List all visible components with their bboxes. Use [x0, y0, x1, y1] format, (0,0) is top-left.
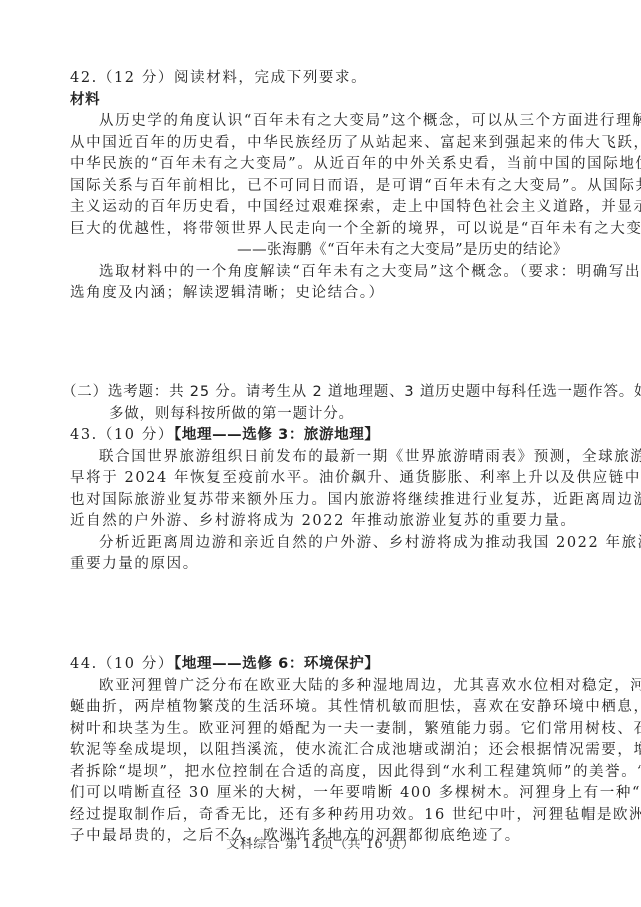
q43-task-line: 分析近距离周边游和亲近自然的户外游、乡村游将成为推动我国 2022 年旅游业复苏	[70, 533, 572, 555]
q44-material-line: 经过提取制作后，奇香无比，还有多种药用功效。16 世纪中叶，河狸毡帽是欧洲所有帽	[70, 805, 572, 827]
q44-material-line: 们可以啃断直径 30 厘米的大树，一年要啃断 400 多棵树木。河狸身上有一种“…	[70, 783, 572, 805]
question-43: 43.（10 分）【地理——选修 3：旅游地理】 联合国世界旅游组织日前发布的最…	[70, 425, 572, 576]
q43-material-line: 早将于 2024 年恢复至疫前水平。油价飙升、通货膨胀、利率上升以及供应链中断等…	[70, 468, 572, 490]
q42-material-line: 中华民族的“百年未有之大变局”。从近百年的中外关系史看，当前中国的国际地位和	[70, 154, 572, 176]
q42-task-line: 选角度及内涵；解读逻辑清晰；史论结合。）	[70, 283, 572, 305]
q44-material-line: 树叶和块茎为生。欧亚河狸的婚配为一夫一妻制，繁殖能力弱。它们常用树枝、石块和	[70, 719, 572, 741]
q42-source: ——张海鹏《“百年未有之大变局”是历史的结论》	[70, 240, 572, 262]
question-44: 44.（10 分）【地理——选修 6：环境保护】 欧亚河狸曾广泛分布在欧亚大陆的…	[70, 654, 572, 848]
q43-task-line: 重要力量的原因。	[70, 554, 572, 576]
q44-material-line: 者拆除“堤坝”，把水位控制在合适的高度，因此得到“水利工程建筑师”的美誉。它	[70, 762, 572, 784]
q43-material-line: 近自然的户外游、乡村游将成为 2022 年推动旅游业复苏的重要力量。	[70, 511, 572, 533]
section-2-instructions: （二）选考题：共 25 分。请考生从 2 道地理题、3 道历史题中每科任选一题作…	[62, 382, 564, 425]
page-footer: 文科综合 第 14页（共 16 页）	[0, 833, 641, 852]
q42-task-line: 选取材料中的一个角度解读“百年未有之大变局”这个概念。（要求：明确写出所	[70, 262, 572, 284]
q44-material-line: 软泥等垒成堤坝，以阻挡溪流，使水流汇合成池塘或湖泊；还会根据情况需要，增建或	[70, 740, 572, 762]
section-2-line: （二）选考题：共 25 分。请考生从 2 道地理题、3 道历史题中每科任选一题作…	[62, 382, 564, 404]
q42-material-line: 国际关系与百年前相比，已不可同日而语，是可谓“百年未有之大变局”。从国际共产	[70, 176, 572, 198]
q43-material-line: 联合国世界旅游组织日前发布的最新一期《世界旅游晴雨表》预测，全球旅游业最	[70, 447, 572, 469]
q44-material-line: 蜒曲折，两岸植物繁茂的生活环境。其性情机敏而胆怯，喜欢在安静环境中栖息，靠吃	[70, 697, 572, 719]
q44-material-line: 欧亚河狸曾广泛分布在欧亚大陆的多种湿地周边，尤其喜欢水位相对稳定，河道蜿	[70, 676, 572, 698]
q42-header: 42.（12 分）阅读材料，完成下列要求。	[70, 68, 572, 90]
section-2-line: 多做，则每科按所做的第一题计分。	[62, 404, 564, 426]
q42-material-line: 从中国近百年的历史看，中华民族经历了从站起来、富起来到强起来的伟大飞跃，这是	[70, 133, 572, 155]
q42-material-line: 从历史学的角度认识“百年未有之大变局”这个概念，可以从三个方面进行理解：	[70, 111, 572, 133]
question-42: 42.（12 分）阅读材料，完成下列要求。 材料 从历史学的角度认识“百年未有之…	[70, 68, 572, 305]
q43-material-line: 也对国际旅游业复苏带来额外压力。国内旅游将继续推进行业复苏，近距离周边游和亲	[70, 490, 572, 512]
q42-material-line: 主义运动的百年历史看，中国经过艰难探索，走上中国特色社会主义道路，并显示出了	[70, 197, 572, 219]
q43-number: 43.（10 分）	[70, 427, 174, 443]
q44-number: 44.（10 分）	[70, 656, 174, 672]
exam-page: 42.（12 分）阅读材料，完成下列要求。 材料 从历史学的角度认识“百年未有之…	[0, 0, 641, 907]
q44-title: 【地理——选修 6：环境保护】	[174, 656, 379, 672]
material-label: 材料	[70, 90, 572, 112]
q43-title: 【地理——选修 3：旅游地理】	[174, 427, 379, 443]
q42-material-line: 巨大的优越性，将带领世界人民走向一个全新的境界，可以说是“百年未有之大变局”。	[70, 219, 572, 241]
